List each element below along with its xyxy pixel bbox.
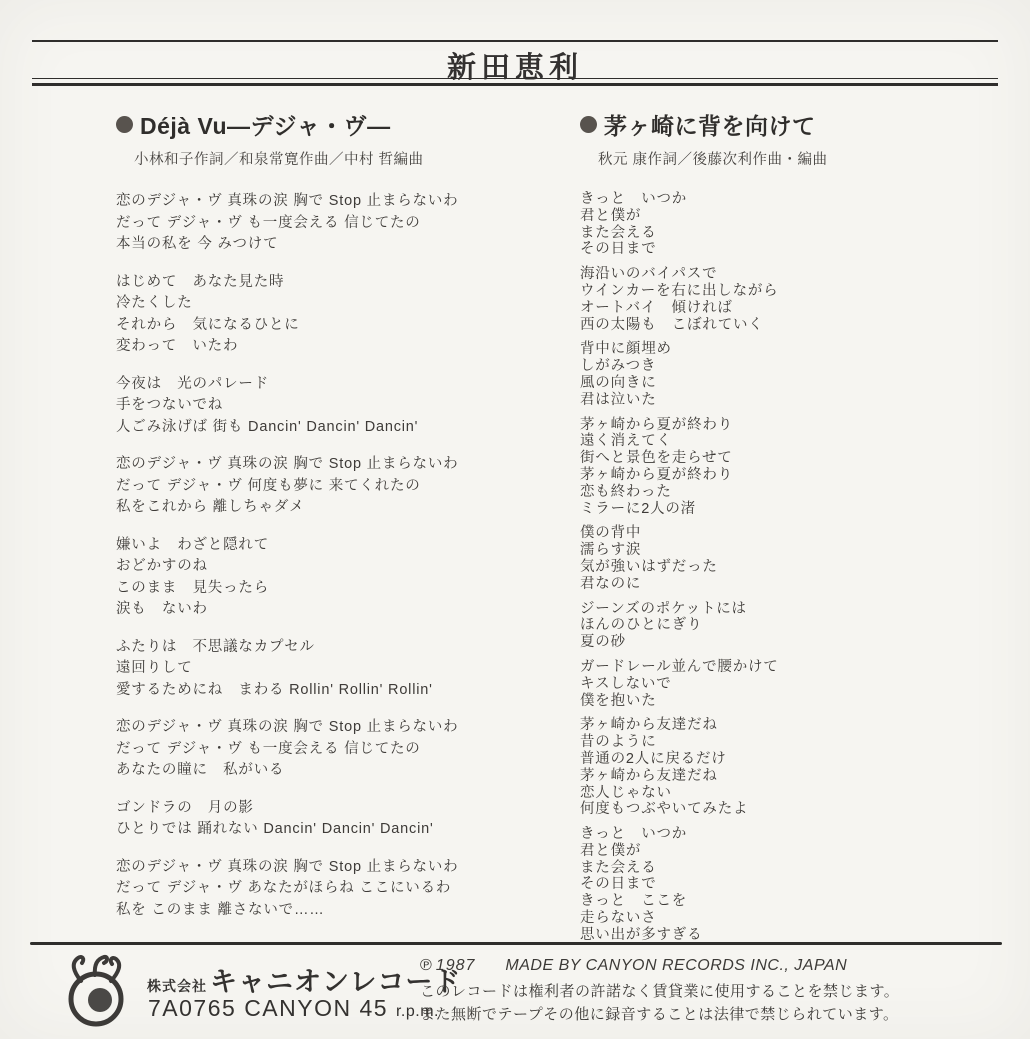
lyric-line: ふたりは 不思議なカプセル <box>116 637 526 659</box>
lyric-stanza: 今夜は 光のパレード手をつないでね人ごみ泳げば 街も Dancin' Danci… <box>116 374 526 439</box>
song-title: 茅ヶ崎に背を向けて <box>604 108 816 141</box>
lyric-stanza: ゴンドラの 月の影ひとりでは 踊れない Dancin' Dancin' Danc… <box>116 798 526 841</box>
lyric-line: 嫌いよ わざと隠れて <box>116 535 526 557</box>
lyric-line: このまま 見失ったら <box>116 578 526 600</box>
lyric-line: 恋のデジャ・ヴ 真珠の涙 胸で Stop 止まらないわ <box>116 454 526 476</box>
made-by-text: MADE BY CANYON RECORDS INC., JAPAN <box>505 957 847 974</box>
lyric-line: 何度もつぶやいてみたよ <box>580 801 960 818</box>
title-underline-thick <box>32 83 998 86</box>
lyric-line: 夏の砂 <box>580 634 960 651</box>
lyric-line: だって デジャ・ヴ 何度も夢に 来てくれたの <box>116 476 526 498</box>
bullet-icon <box>116 116 133 133</box>
p-in-circle-symbol: ℗ <box>420 957 432 974</box>
lyric-line: 僕を抱いた <box>580 693 960 710</box>
lyric-line: ミラーに2人の渚 <box>580 501 960 518</box>
lyric-line: ガードレール並んで腰かけて <box>580 659 960 676</box>
lyric-line: 遠回りして <box>116 658 526 680</box>
record-company-name: 株式会社キャニオンレコード <box>147 960 461 999</box>
lyric-line: 街へと景色を走らせて <box>580 450 960 467</box>
lyric-stanza: ジーンズのポケットにはほんのひとにぎり夏の砂 <box>580 601 960 651</box>
lyric-line: 私をこれから 離しちゃダメ <box>116 497 526 519</box>
lyrics-right: きっと いつか君と僕がまた会えるその日まで海沿いのバイパスでウインカーを右に出し… <box>580 191 960 944</box>
lyric-line: 遠く消えてく <box>580 433 960 450</box>
lyric-line: 君は泣いた <box>580 392 960 409</box>
lyric-line: ひとりでは 踊れない Dancin' Dancin' Dancin' <box>116 819 526 841</box>
lyric-stanza: はじめて あなた見た時冷たくしたそれから 気になるひとに変わって いたわ <box>116 272 526 358</box>
lyric-line: しがみつき <box>580 358 960 375</box>
lyric-line: 今夜は 光のパレード <box>116 374 526 396</box>
song-section-chigasaki: 茅ヶ崎に背を向けて 秋元 康作詞／後藤次利作曲・編曲 きっと いつか君と僕がまた… <box>580 108 960 952</box>
lyric-line: それから 気になるひとに <box>116 315 526 337</box>
footer-rule <box>30 942 1002 945</box>
song-section-deja-vu: Déjà Vu—デジャ・ヴ— 小林和子作詞／和泉常寛作曲／中村 哲編曲 恋のデジ… <box>116 108 526 937</box>
top-rule <box>32 40 998 42</box>
lyric-line: 手をつないでね <box>116 395 526 417</box>
lyric-line: ウインカーを右に出しながら <box>580 283 960 300</box>
lyric-stanza: 背中に顔埋めしがみつき風の向きに君は泣いた <box>580 341 960 408</box>
lyric-line: 海沿いのバイパスで <box>580 266 960 283</box>
lyric-line: だって デジャ・ヴ も一度会える 信じてたの <box>116 739 526 761</box>
bullet-icon <box>580 116 597 133</box>
lyric-line: 本当の私を 今 みつけて <box>116 234 526 256</box>
lyric-line: おどかすのね <box>116 556 526 578</box>
lyric-line: だって デジャ・ヴ も一度会える 信じてたの <box>116 213 526 235</box>
song-header: Déjà Vu—デジャ・ヴ— <box>116 108 526 141</box>
lyric-line: その日まで <box>580 876 960 893</box>
lyric-line: 濡らす涙 <box>580 542 960 559</box>
lyric-line: 恋も終わった <box>580 484 960 501</box>
lyric-stanza: 僕の背中濡らす涙気が強いはずだった君なのに <box>580 525 960 592</box>
lyric-stanza: 恋のデジャ・ヴ 真珠の涙 胸で Stop 止まらないわだって デジャ・ヴ も一度… <box>116 191 526 256</box>
lyric-line: 昔のように <box>580 734 960 751</box>
lyric-line: 人ごみ泳げば 街も Dancin' Dancin' Dancin' <box>116 417 526 439</box>
lyric-line: 西の太陽も こぼれていく <box>580 317 960 334</box>
lyric-line: 茅ヶ崎から友達だね <box>580 717 960 734</box>
lyric-line: 茅ヶ崎から夏が終わり <box>580 417 960 434</box>
lyric-line: その日まで <box>580 241 960 258</box>
catalog-number: 7A0765 CANYON 45 r.p.m. <box>148 995 439 1022</box>
lyric-line: 僕の背中 <box>580 525 960 542</box>
lyric-stanza: 海沿いのバイパスでウインカーを右に出しながらオートバイ 傾ければ西の太陽も こぼ… <box>580 266 960 333</box>
lyric-line: キスしないで <box>580 676 960 693</box>
lyric-line: 茅ヶ崎から夏が終わり <box>580 467 960 484</box>
company-prefix: 株式会社 <box>147 978 207 994</box>
lyric-line: ほんのひとにぎり <box>580 617 960 634</box>
lyric-stanza: ガードレール並んで腰かけてキスしないで僕を抱いた <box>580 659 960 709</box>
lyric-line: ゴンドラの 月の影 <box>116 798 526 820</box>
lyric-stanza: 嫌いよ わざと隠れておどかすのねこのまま 見失ったら涙も ないわ <box>116 535 526 621</box>
song-credits: 秋元 康作詞／後藤次利作曲・編曲 <box>598 148 960 169</box>
lyric-line: 恋のデジャ・ヴ 真珠の涙 胸で Stop 止まらないわ <box>116 717 526 739</box>
lyric-line: きっと いつか <box>580 191 960 208</box>
lyric-line: 君なのに <box>580 576 960 593</box>
lyric-line: 普通の2人に戻るだけ <box>580 751 960 768</box>
catalog-code: 7A0765 CANYON 45 <box>148 995 388 1021</box>
made-by-line: ℗1987MADE BY CANYON RECORDS INC., JAPAN <box>420 957 899 975</box>
canyon-eye-logo-icon <box>58 950 140 1037</box>
lyric-stanza: きっと いつか君と僕がまた会えるその日まで <box>580 191 960 258</box>
recording-notice: また無断でテープその他に録音することは法律で禁じられています。 <box>420 1003 899 1026</box>
lyric-line: 変わって いたわ <box>116 336 526 358</box>
lyric-line: 気が強いはずだった <box>580 559 960 576</box>
lyric-line: また会える <box>580 225 960 242</box>
lyric-stanza: 恋のデジャ・ヴ 真珠の涙 胸で Stop 止まらないわだって デジャ・ヴ 何度も… <box>116 454 526 519</box>
lyric-line: あなたの瞳に 私がいる <box>116 760 526 782</box>
lyric-stanza: 恋のデジャ・ヴ 真珠の涙 胸で Stop 止まらないわだって デジャ・ヴ あなた… <box>116 857 526 922</box>
lyric-line: 背中に顔埋め <box>580 341 960 358</box>
lyric-stanza: 茅ヶ崎から夏が終わり遠く消えてく街へと景色を走らせて茅ヶ崎から夏が終わり恋も終わ… <box>580 417 960 518</box>
lyric-line: また会える <box>580 860 960 877</box>
lyric-line: 私を このまま 離さないで…… <box>116 900 526 922</box>
title-underline-thin <box>32 78 998 79</box>
lyric-line: オートバイ 傾ければ <box>580 300 960 317</box>
lyric-line: 君と僕が <box>580 843 960 860</box>
song-credits: 小林和子作詞／和泉常寛作曲／中村 哲編曲 <box>134 148 526 169</box>
lyric-stanza: 茅ヶ崎から友達だね昔のように普通の2人に戻るだけ茅ヶ崎から友達だね恋人じゃない何… <box>580 717 960 818</box>
copyright-year: 1987 <box>436 957 476 974</box>
artist-title: 新田恵利 <box>0 45 1030 86</box>
rental-notice: このレコードは権利者の許諾なく賃貸業に使用することを禁じます。 <box>420 980 899 1003</box>
lyric-line: 冷たくした <box>116 293 526 315</box>
lyric-line: 風の向きに <box>580 375 960 392</box>
lyric-stanza: 恋のデジャ・ヴ 真珠の涙 胸で Stop 止まらないわだって デジャ・ヴ も一度… <box>116 717 526 782</box>
lyric-line: 恋のデジャ・ヴ 真珠の涙 胸で Stop 止まらないわ <box>116 191 526 213</box>
lyric-line: 涙も ないわ <box>116 599 526 621</box>
lyric-line: はじめて あなた見た時 <box>116 272 526 294</box>
record-sleeve-back: 新田恵利 Déjà Vu—デジャ・ヴ— 小林和子作詞／和泉常寛作曲／中村 哲編曲… <box>0 0 1030 1039</box>
lyric-line: 茅ヶ崎から友達だね <box>580 768 960 785</box>
lyric-line: ジーンズのポケットには <box>580 601 960 618</box>
lyric-line: きっと いつか <box>580 826 960 843</box>
lyric-line: きっと ここを <box>580 893 960 910</box>
lyric-line: 恋人じゃない <box>580 785 960 802</box>
lyric-stanza: きっと いつか君と僕がまた会えるその日まできっと ここを走らないさ思い出が多すぎ… <box>580 826 960 944</box>
lyric-stanza: ふたりは 不思議なカプセル遠回りして愛するためにね まわる Rollin' Ro… <box>116 637 526 702</box>
lyrics-left: 恋のデジャ・ヴ 真珠の涙 胸で Stop 止まらないわだって デジャ・ヴ も一度… <box>116 191 526 921</box>
song-header: 茅ヶ崎に背を向けて <box>580 108 960 141</box>
lyric-line: 走らないさ <box>580 910 960 927</box>
lyric-line: 恋のデジャ・ヴ 真珠の涙 胸で Stop 止まらないわ <box>116 857 526 879</box>
lyric-line: だって デジャ・ヴ あなたがほらね ここにいるわ <box>116 878 526 900</box>
song-title: Déjà Vu—デジャ・ヴ— <box>140 108 391 141</box>
lyric-line: 君と僕が <box>580 208 960 225</box>
legal-block: ℗1987MADE BY CANYON RECORDS INC., JAPAN … <box>420 957 899 1026</box>
lyric-line: 愛するためにね まわる Rollin' Rollin' Rollin' <box>116 680 526 702</box>
